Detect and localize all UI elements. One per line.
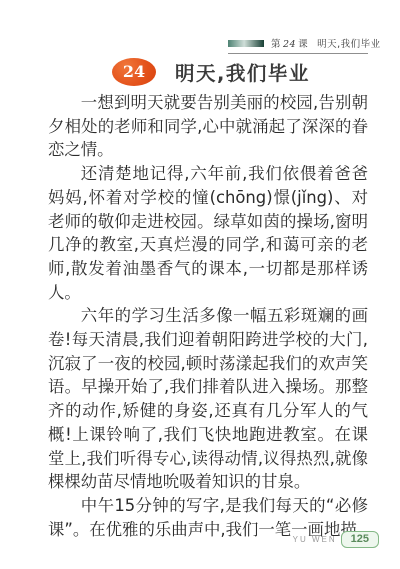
paragraph-3: 六年的学习生活多像一幅五彩斑斓的画卷!每天清晨,我们迎着朝阳跨进学校的大门,沉寂… <box>48 304 368 494</box>
paragraph-1: 一想到明天就要告别美丽的校园,告别朝夕相处的老师和同学,心中就涌起了深深的眷恋之… <box>48 91 368 162</box>
lesson-number-running: 24 <box>281 39 298 50</box>
page-number: 125 <box>351 533 369 546</box>
page-footer: YU WEN 125 <box>293 531 379 548</box>
running-head: 第24课明天,我们毕业 <box>228 36 368 54</box>
lesson-title-row: 24 明天,我们毕业 <box>112 58 310 86</box>
header-bar-decoration <box>228 40 264 47</box>
lesson-number: 24 <box>123 64 145 80</box>
lesson-suffix: 课 <box>298 39 308 50</box>
running-head-text: 第24课明天,我们毕业 <box>271 36 381 50</box>
lesson-prefix: 第 <box>271 39 281 50</box>
page-number-badge: 125 <box>341 531 379 548</box>
lesson-title: 明天,我们毕业 <box>175 58 310 86</box>
imprint-text: YU WEN <box>293 535 337 544</box>
lesson-number-badge: 24 <box>112 58 156 86</box>
textbook-page: 第24课明天,我们毕业 24 明天,我们毕业 一想到明天就要告别美丽的校园,告别… <box>0 0 400 569</box>
running-head-title: 明天,我们毕业 <box>317 39 381 50</box>
paragraph-2: 还清楚地记得,六年前,我们依偎着爸爸妈妈,怀着对学校的憧(chōng)憬(jǐn… <box>48 162 368 304</box>
lesson-body-text: 一想到明天就要告别美丽的校园,告别朝夕相处的老师和同学,心中就涌起了深深的眷恋之… <box>48 91 368 541</box>
